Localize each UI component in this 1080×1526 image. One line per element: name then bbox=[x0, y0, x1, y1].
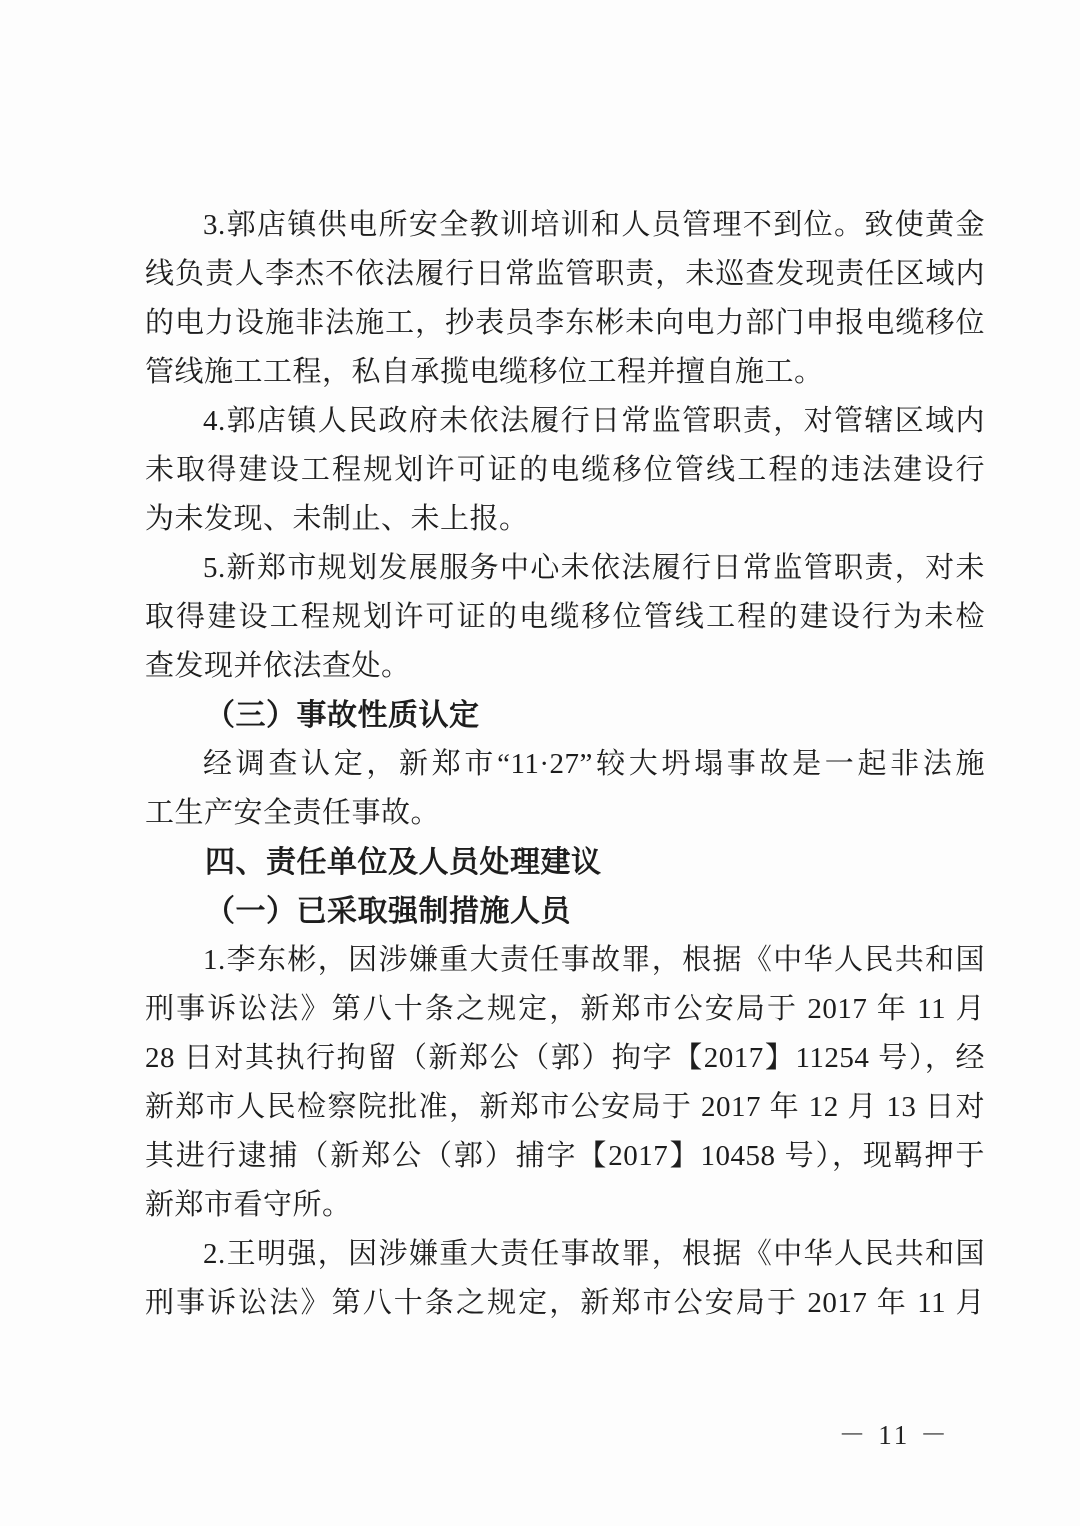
text-line: 28 日对其执行拘留（新郑公（郭）拘字【2017】11254 号），经 bbox=[145, 1034, 985, 1083]
subheading-line: （一）已采取强制措施人员 bbox=[145, 887, 985, 936]
text-line: 经调查认定，新郑市“11·27”较大坍塌事故是一起非法施 bbox=[145, 740, 985, 789]
text-line: 刑事诉讼法》第八十条之规定，新郑市公安局于 2017 年 11 月 bbox=[145, 1279, 985, 1328]
subheading-line: （三）事故性质认定 bbox=[145, 691, 985, 740]
text-line: 2.王明强，因涉嫌重大责任事故罪，根据《中华人民共和国 bbox=[145, 1230, 985, 1279]
text-line: 未取得建设工程规划许可证的电缆移位管线工程的违法建设行 bbox=[145, 446, 985, 495]
text-line: 其进行逮捕（新郑公（郭）捕字【2017】10458 号），现羁押于 bbox=[145, 1132, 985, 1181]
text-line: 管线施工工程，私自承揽电缆移位工程并擅自施工。 bbox=[145, 348, 985, 397]
text-line: 5.新郑市规划发展服务中心未依法履行日常监管职责，对未 bbox=[145, 544, 985, 593]
text-line: 查发现并依法查处。 bbox=[145, 642, 985, 691]
text-line: 1.李东彬，因涉嫌重大责任事故罪，根据《中华人民共和国 bbox=[145, 936, 985, 985]
heading-line: 四、责任单位及人员处理建议 bbox=[145, 838, 985, 887]
text-line: 工生产安全责任事故。 bbox=[145, 789, 985, 838]
text-line: 为未发现、未制止、未上报。 bbox=[145, 495, 985, 544]
text-line: 线负责人李杰不依法履行日常监管职责，未巡查发现责任区域内 bbox=[145, 250, 985, 299]
text-line: 3.郭店镇供电所安全教训培训和人员管理不到位。致使黄金 bbox=[145, 201, 985, 250]
document-page: 3.郭店镇供电所安全教训培训和人员管理不到位。致使黄金线负责人李杰不依法履行日常… bbox=[0, 0, 1080, 1526]
text-line: 的电力设施非法施工，抄表员李东彬未向电力部门申报电缆移位 bbox=[145, 299, 985, 348]
text-line: 取得建设工程规划许可证的电缆移位管线工程的建设行为未检 bbox=[145, 593, 985, 642]
text-line: 刑事诉讼法》第八十条之规定，新郑市公安局于 2017 年 11 月 bbox=[145, 985, 985, 1034]
document-body: 3.郭店镇供电所安全教训培训和人员管理不到位。致使黄金线负责人李杰不依法履行日常… bbox=[145, 201, 985, 1328]
text-line: 新郑市看守所。 bbox=[145, 1181, 985, 1230]
text-line: 新郑市人民检察院批准，新郑市公安局于 2017 年 12 月 13 日对 bbox=[145, 1083, 985, 1132]
page-number: － 11 － bbox=[839, 1413, 951, 1452]
text-line: 4.郭店镇人民政府未依法履行日常监管职责，对管辖区域内 bbox=[145, 397, 985, 446]
